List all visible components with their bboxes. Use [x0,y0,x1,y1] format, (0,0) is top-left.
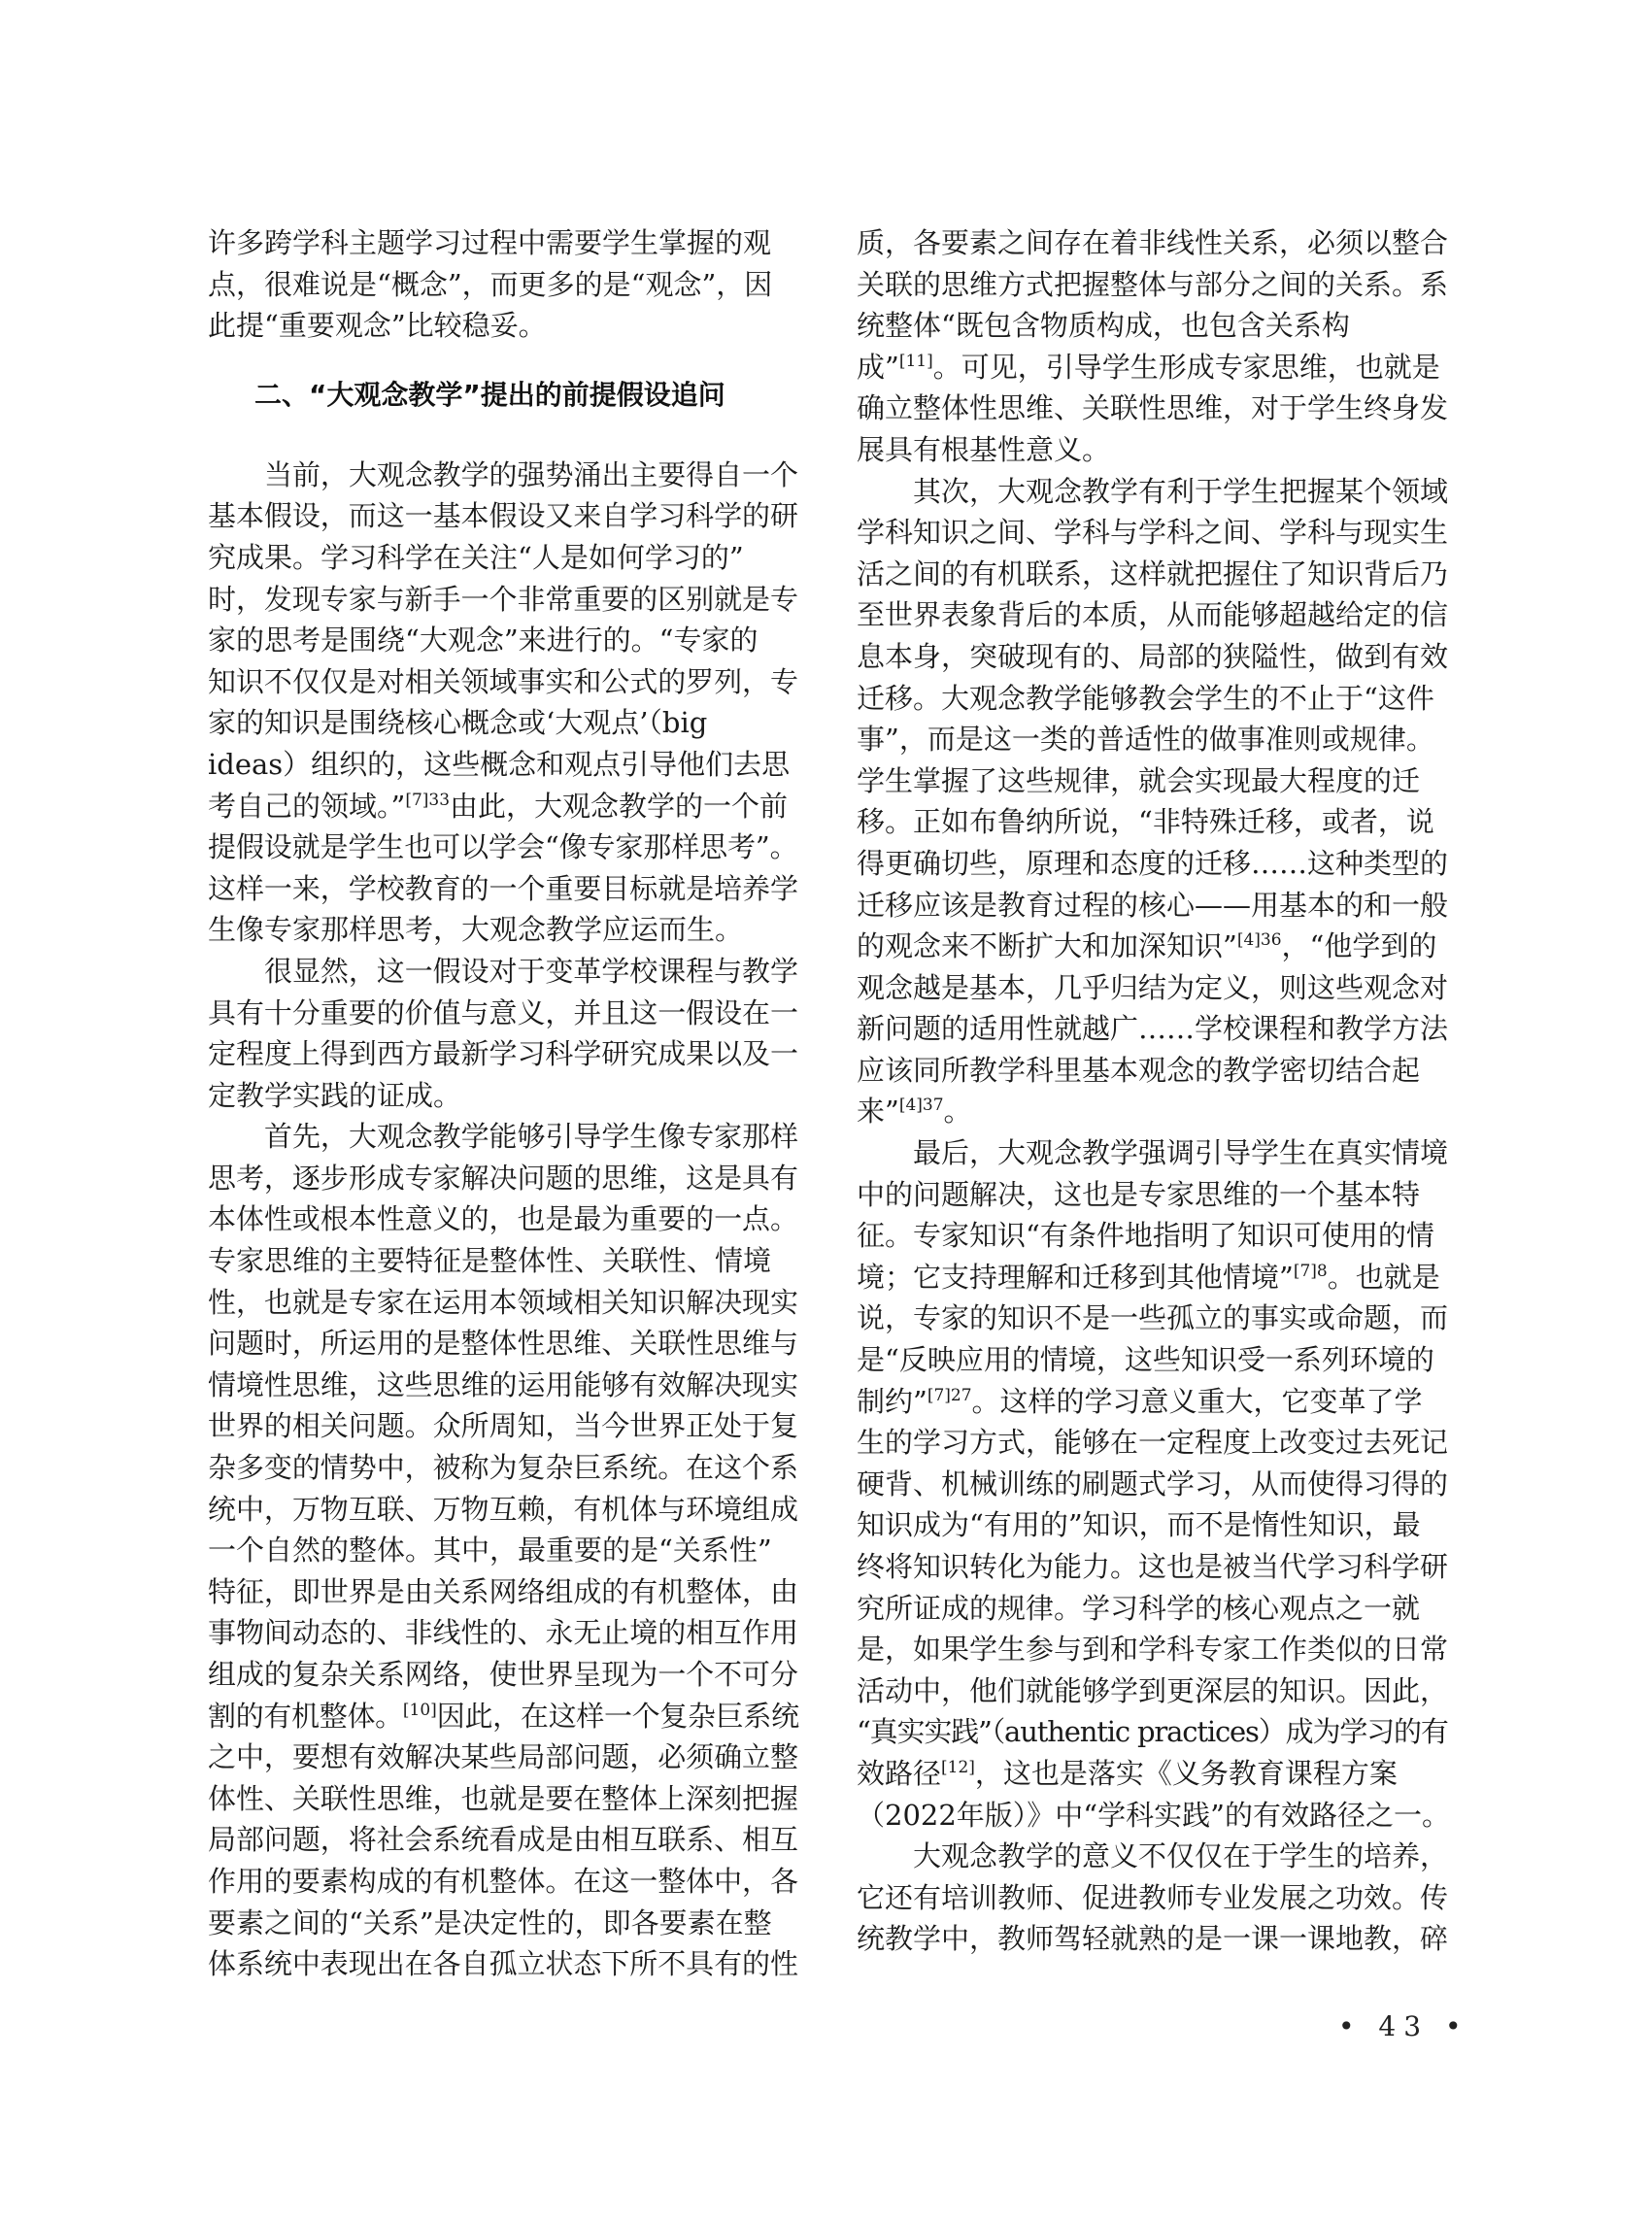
text-line: 息本身，突破现有的、局部的狭隘性，做到有效 [857,636,1449,678]
text-line: 世界的相关问题。众所周知，当今世界正处于复 [208,1405,798,1447]
text-line: 时，发现专家与新手一个非常重要的区别就是专 [208,579,798,621]
text-line: 定教学实践的证成。 [208,1075,798,1117]
line-text: 效路径 [857,1757,941,1790]
text-line: 很显然，这一假设对于变革学校课程与教学 [208,951,798,993]
journal-page: 许多跨学科主题学习过程中需要学生掌握的观 点，很难说是“概念”，而更多的是“观念… [0,0,1652,2225]
text-line: ideas）组织的，这些概念和观点引导他们去思 [208,744,798,786]
text-line: 知识成为“有用的”知识，而不是惰性知识，最 [857,1504,1449,1546]
text-line: 具有十分重要的价值与意义，并且这一假设在一 [208,993,798,1034]
citation-ref[interactable]: [12] [941,1758,975,1777]
line-text: 考自己的领域。” [208,790,405,823]
section-heading: 二、“大观念教学”提出的前提假设追问 [208,347,798,455]
text-line: 一个自然的整体。其中，最重要的是“关系性” [208,1530,798,1571]
text-line: 家的思考是围绕“大观念”来进行的。“专家的 [208,620,798,661]
text-line: 作用的要素构成的有机整体。在这一整体中，各 [208,1861,798,1903]
citation-ref[interactable]: [4]37 [899,1096,944,1115]
text-line: 究成果。学习科学在关注“人是如何学习的” [208,537,798,579]
text-line: 统教学中，教师驾轻就熟的是一课一课地教，碎 [857,1918,1449,1960]
paragraph: 最后，大观念教学强调引导学生在真实情境 中的问题解决，这也是专家思维的一个基本特… [857,1132,1449,1836]
text-line: 究所证成的规律。学习科学的核心观点之一就 [857,1588,1449,1630]
line-text: 。 [944,1095,972,1128]
text-line: 活动中，他们就能够学到更深层的知识。因此， [857,1670,1449,1712]
line-text: 。可见，引导学生形成专家思维，也就是 [933,351,1440,384]
text-line: 是“反映应用的情境，这些知识受一系列环境的 [857,1339,1449,1381]
text-line: 生的学习方式，能够在一定程度上改变过去死记 [857,1422,1449,1464]
left-column: 许多跨学科主题学习过程中需要学生掌握的观 点，很难说是“概念”，而更多的是“观念… [208,222,798,1985]
citation-ref[interactable]: [7]27 [927,1386,972,1405]
text-line: 问题时，所运用的是整体性思维、关联性思维与 [208,1323,798,1365]
paragraph: 当前，大观念教学的强势涌出主要得自一个 基本假设，而这一基本假设又来自学习科学的… [208,455,798,951]
text-line: 观念越是基本，几乎归结为定义，则这些观念对 [857,967,1449,1009]
text-line: 最后，大观念教学强调引导学生在真实情境 [857,1132,1449,1174]
citation-ref[interactable]: [4]36 [1237,930,1282,950]
page-number: • 43 • [1338,2010,1468,2042]
text-line: 思考，逐步形成专家解决问题的思维，这是具有 [208,1158,798,1199]
citation-ref[interactable]: [11] [899,352,933,371]
text-line: 生像专家那样思考，大观念教学应运而生。 [208,909,798,951]
text-line: 特征，即世界是由关系网络组成的有机整体，由 [208,1571,798,1613]
text-line: 割的有机整体。[10]因此，在这样一个复杂巨系统 [208,1696,798,1737]
text-line: 体性、关联性思维，也就是要在整体上深刻把握 [208,1778,798,1820]
text-line: 确立整体性思维、关联性思维，对于学生终身发 [857,388,1449,429]
paragraph: 很显然，这一假设对于变革学校课程与教学 具有十分重要的价值与意义，并且这一假设在… [208,951,798,1116]
text-line: 新问题的适用性就越广……学校课程和教学方法 [857,1008,1449,1050]
text-line: 知识不仅仅是对相关领域事实和公式的罗列，专 [208,661,798,703]
paragraph: 首先，大观念教学能够引导学生像专家那样 思考，逐步形成专家解决问题的思维，这是具… [208,1116,798,1984]
text-line: 统整体“既包含物质构成，也包含关系构 [857,305,1449,347]
line-text: 境；它支持理解和迁移到其他情境” [857,1261,1294,1294]
text-line: 关联的思维方式把握整体与部分之间的关系。系 [857,264,1449,306]
line-text: 来” [857,1095,899,1128]
line-text: 割的有机整体。 [208,1700,403,1733]
text-line: “真实实践”（authentic practices）成为学习的有 [857,1711,1449,1753]
text-line: 终将知识转化为能力。这也是被当代学习科学研 [857,1546,1449,1588]
citation-ref[interactable]: [7]33 [405,791,450,810]
text-line: 此提“重要观念”比较稳妥。 [208,305,798,347]
text-line: 移。正如布鲁纳所说，“非特殊迁移，或者，说 [857,801,1449,843]
text-line: 迁移应该是教育过程的核心——用基本的和一般 [857,885,1449,927]
text-line: 展具有根基性意义。 [857,429,1449,471]
text-line: 应该同所教学科里基本观念的教学密切结合起 [857,1050,1449,1092]
right-column: 质，各要素之间存在着非线性关系，必须以整合 关联的思维方式把握整体与部分之间的关… [857,222,1449,1960]
text-line: 学科知识之间、学科与学科之间、学科与现实生 [857,512,1449,554]
text-line: 大观念教学的意义不仅仅在于学生的培养， [857,1836,1449,1877]
text-line: 局部问题，将社会系统看成是由相互联系、相互 [208,1819,798,1861]
text-line: 体系统中表现出在各自孤立状态下所不具有的性 [208,1943,798,1985]
text-line: 本体性或根本性意义的，也是最为重要的一点。 [208,1198,798,1240]
text-line: 效路径[12]，这也是落实《义务教育课程方案 [857,1753,1449,1795]
text-line: 情境性思维，这些思维的运用能够有效解决现实 [208,1365,798,1406]
text-line: （2022年版）》中“学科实践”的有效路径之一。 [857,1795,1449,1837]
line-text: ，这也是落实《义务教育课程方案 [975,1757,1398,1790]
text-line: 当前，大观念教学的强势涌出主要得自一个 [208,455,798,496]
line-text: 由此，大观念教学的一个前 [450,790,788,823]
text-line: 中的问题解决，这也是专家思维的一个基本特 [857,1174,1449,1216]
text-line: 的观念来不断扩大和加深知识”[4]36，“他学到的 [857,926,1449,967]
text-line: 之中，要想有效解决某些局部问题，必须确立整 [208,1736,798,1778]
text-line: 说，专家的知识不是一些孤立的事实或命题，而 [857,1298,1449,1339]
text-line: 性，也就是专家在运用本领域相关知识解决现实 [208,1282,798,1324]
text-line: 得更确切些，原理和态度的迁移……这种类型的 [857,843,1449,885]
text-line: 统中，万物互联、万物互赖，有机体与环境组成 [208,1489,798,1531]
text-line: 来”[4]37。 [857,1091,1449,1132]
citation-ref[interactable]: [7]8 [1294,1262,1328,1281]
line-text: 。也就是 [1328,1261,1440,1294]
line-text: 制约” [857,1385,927,1418]
text-line: 事”，而是这一类的普适性的做事准则或规律。 [857,719,1449,760]
text-line: 点，很难说是“概念”，而更多的是“观念”，因 [208,264,798,306]
line-text: 因此，在这样一个复杂巨系统 [437,1700,799,1733]
text-line: 活之间的有机联系，这样就把握住了知识背后乃 [857,554,1449,595]
text-line: 这样一来，学校教育的一个重要目标就是培养学 [208,868,798,910]
text-line: 提假设就是学生也可以学会“像专家那样思考”。 [208,826,798,868]
text-line: 首先，大观念教学能够引导学生像专家那样 [208,1116,798,1158]
text-line: 是，如果学生参与到和学科专家工作类似的日常 [857,1629,1449,1670]
text-line: 硬背、机械训练的刷题式学习，从而使得习得的 [857,1464,1449,1505]
text-line: 境；它支持理解和迁移到其他情境”[7]8。也就是 [857,1257,1449,1298]
line-text: 的观念来不断扩大和加深知识” [857,929,1237,962]
text-line: 组成的复杂关系网络，使世界呈现为一个不可分 [208,1654,798,1696]
paragraph: 大观念教学的意义不仅仅在于学生的培养， 它还有培训教师、促进教师专业发展之功效。… [857,1836,1449,1960]
text-line: 至世界表象背后的本质，从而能够超越给定的信 [857,594,1449,636]
text-line: 要素之间的“关系”是决定性的，即各要素在整 [208,1903,798,1944]
text-line: 杂多变的情势中，被称为复杂巨系统。在这个系 [208,1447,798,1489]
text-line: 制约”[7]27。这样的学习意义重大，它变革了学 [857,1381,1449,1423]
text-line: 考自己的领域。”[7]33由此，大观念教学的一个前 [208,786,798,827]
text-line: 家的知识是围绕核心概念或‘大观点’（big [208,702,798,744]
text-line: 基本假设，而这一基本假设又来自学习科学的研 [208,495,798,537]
text-line: 征。专家知识“有条件地指明了知识可使用的情 [857,1215,1449,1257]
text-line: 许多跨学科主题学习过程中需要学生掌握的观 [208,222,798,264]
text-line: 学生掌握了这些规律，就会实现最大程度的迁 [857,760,1449,802]
text-line: 质，各要素之间存在着非线性关系，必须以整合 [857,222,1449,264]
text-line: 专家思维的主要特征是整体性、关联性、情境 [208,1240,798,1282]
line-text: ，“他学到的 [1282,929,1437,962]
text-line: 迁移。大观念教学能够教会学生的不止于“这件 [857,678,1449,720]
text-line: 成”[11]。可见，引导学生形成专家思维，也就是 [857,347,1449,388]
text-line: 它还有培训教师、促进教师专业发展之功效。传 [857,1877,1449,1919]
paragraph: 质，各要素之间存在着非线性关系，必须以整合 关联的思维方式把握整体与部分之间的关… [857,222,1449,471]
paragraph: 其次，大观念教学有利于学生把握某个领域 学科知识之间、学科与学科之间、学科与现实… [857,471,1449,1133]
line-text: 成” [857,351,899,384]
citation-ref[interactable]: [10] [403,1701,437,1720]
text-line: 其次，大观念教学有利于学生把握某个领域 [857,471,1449,513]
line-text: 。这样的学习意义重大，它变革了学 [972,1385,1423,1418]
text-line: 事物间动态的、非线性的、永无止境的相互作用 [208,1612,798,1654]
text-line: 定程度上得到西方最新学习科学研究成果以及一 [208,1033,798,1075]
